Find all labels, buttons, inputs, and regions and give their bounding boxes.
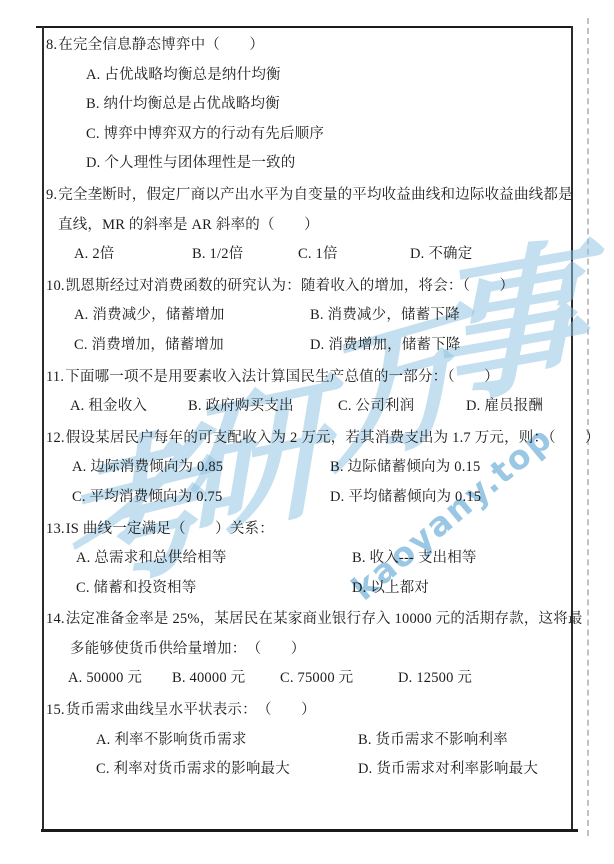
option-c: C. 博弈中博弈双方的行动有先后顺序 (86, 120, 574, 150)
question-stem: 8.在完全信息静态博弈中（ ） (46, 31, 574, 61)
question-stem: 15.货币需求曲线呈水平状表示： （ ） (46, 696, 574, 726)
option-d: D. 雇员报酬 (466, 392, 543, 422)
question-number: 10. (46, 278, 65, 294)
question-text: IS 曲线一定满足（ ）关系： (66, 521, 274, 537)
option-b: B. 政府购买支出 (188, 392, 338, 422)
question-stem: 11.下面哪一项不是用要素收入法计算国民生产总值的一部分：（ ） (46, 363, 574, 393)
question-number: 9. (46, 187, 57, 203)
question-text: 下面哪一项不是用要素收入法计算国民生产总值的一部分：（ ） (65, 369, 499, 385)
option-d: D. 平均储蓄倾向为 0.15 (330, 483, 574, 513)
question-text: 在完全信息静态博弈中（ ） (58, 37, 264, 53)
option-d: D. 以上都对 (352, 574, 574, 604)
option-b: B. 消费减少，储蓄下降 (310, 301, 574, 331)
option-a: A. 利率不影响货币需求 (96, 726, 358, 756)
option-c: C. 公司利润 (338, 392, 466, 422)
option-b: B. 40000 元 (172, 664, 280, 694)
question-stem: 14.法定准备金率是 25%，某居民在某家商业银行存入 10000 元的活期存款… (46, 605, 574, 635)
option-d: D. 个人理性与团体理性是一致的 (86, 149, 574, 179)
option-b: B. 1/2倍 (192, 240, 298, 270)
option-a: A. 消费减少，储蓄增加 (74, 301, 310, 331)
option-c: C. 消费增加，储蓄增加 (74, 331, 310, 361)
option-c: C. 75000 元 (280, 664, 398, 694)
question-text: 货币需求曲线呈水平状表示： （ ） (66, 702, 316, 718)
option-d: D. 货币需求对利率影响最大 (358, 755, 574, 785)
page-edge-line (587, 18, 589, 836)
option-b: B. 货币需求不影响利率 (358, 726, 574, 756)
question-14: 14.法定准备金率是 25%，某居民在某家商业银行存入 10000 元的活期存款… (46, 605, 574, 694)
question-10: 10.凯恩斯经过对消费函数的研究认为：随着收入的增加，将会：（ ） A. 消费减… (46, 272, 574, 361)
option-a: A. 50000 元 (68, 664, 172, 694)
question-text: 完全垄断时，假定厂商以产出水平为自变量的平均收益曲线和边际收益曲线都是 (58, 187, 573, 203)
question-number: 12. (46, 430, 65, 446)
question-11: 11.下面哪一项不是用要素收入法计算国民生产总值的一部分：（ ） A. 租金收入… (46, 363, 574, 422)
question-number: 13. (46, 521, 65, 537)
option-c: C. 储蓄和投资相等 (76, 574, 352, 604)
question-text-continued: 多能够使货币供给量增加： （ ） (70, 635, 574, 665)
question-8: 8.在完全信息静态博弈中（ ） A. 占优战略均衡总是纳什均衡 B. 纳什均衡总… (46, 31, 574, 179)
question-9: 9.完全垄断时，假定厂商以产出水平为自变量的平均收益曲线和边际收益曲线都是 直线… (46, 181, 574, 270)
option-c: C. 平均消费倾向为 0.75 (72, 483, 330, 513)
question-stem: 13.IS 曲线一定满足（ ）关系： (46, 515, 574, 545)
option-a: A. 租金收入 (70, 392, 188, 422)
question-15: 15.货币需求曲线呈水平状表示： （ ） A. 利率不影响货币需求 B. 货币需… (46, 696, 574, 785)
option-c: C. 1倍 (298, 240, 410, 270)
question-text: 凯恩斯经过对消费函数的研究认为：随着收入的增加，将会：（ ） (66, 278, 514, 294)
question-stem: 12.假设某居民户每年的可支配收入为 2 万元，若其消费支出为 1.7 万元，则… (46, 424, 574, 454)
exam-content: 8.在完全信息静态博弈中（ ） A. 占优战略均衡总是纳什均衡 B. 纳什均衡总… (42, 26, 574, 831)
question-number: 15. (46, 702, 65, 718)
option-b: B. 收入--- 支出相等 (352, 544, 574, 574)
question-number: 14. (46, 611, 65, 627)
option-c: C. 利率对货币需求的影响最大 (96, 755, 358, 785)
option-a: A. 占优战略均衡总是纳什均衡 (86, 61, 574, 91)
exam-page: 考 研 万 事 kaoyany.top 8.在完全信息静态博弈中（ ） A. 占… (0, 0, 614, 864)
question-number: 11. (46, 369, 64, 385)
option-a: A. 边际消费倾向为 0.85 (72, 453, 330, 483)
question-12: 12.假设某居民户每年的可支配收入为 2 万元，若其消费支出为 1.7 万元，则… (46, 424, 574, 513)
option-a: A. 总需求和总供给相等 (76, 544, 352, 574)
option-b: B. 纳什均衡总是占优战略均衡 (86, 90, 574, 120)
question-number: 8. (46, 37, 57, 53)
question-13: 13.IS 曲线一定满足（ ）关系： A. 总需求和总供给相等 B. 收入---… (46, 515, 574, 604)
option-d: D. 不确定 (410, 240, 472, 270)
option-d: D. 12500 元 (398, 664, 472, 694)
option-a: A. 2倍 (74, 240, 192, 270)
option-d: D. 消费增加，储蓄下降 (310, 331, 574, 361)
question-text: 假设某居民户每年的可支配收入为 2 万元，若其消费支出为 1.7 万元，则：（ … (66, 430, 600, 446)
question-text: 法定准备金率是 25%，某居民在某家商业银行存入 10000 元的活期存款，这将… (66, 611, 583, 627)
option-b: B. 边际储蓄倾向为 0.15 (330, 453, 574, 483)
question-stem: 10.凯恩斯经过对消费函数的研究认为：随着收入的增加，将会：（ ） (46, 272, 574, 302)
question-text-continued: 直线，MR 的斜率是 AR 斜率的（ ） (58, 211, 574, 241)
question-stem: 9.完全垄断时，假定厂商以产出水平为自变量的平均收益曲线和边际收益曲线都是 (46, 181, 574, 211)
